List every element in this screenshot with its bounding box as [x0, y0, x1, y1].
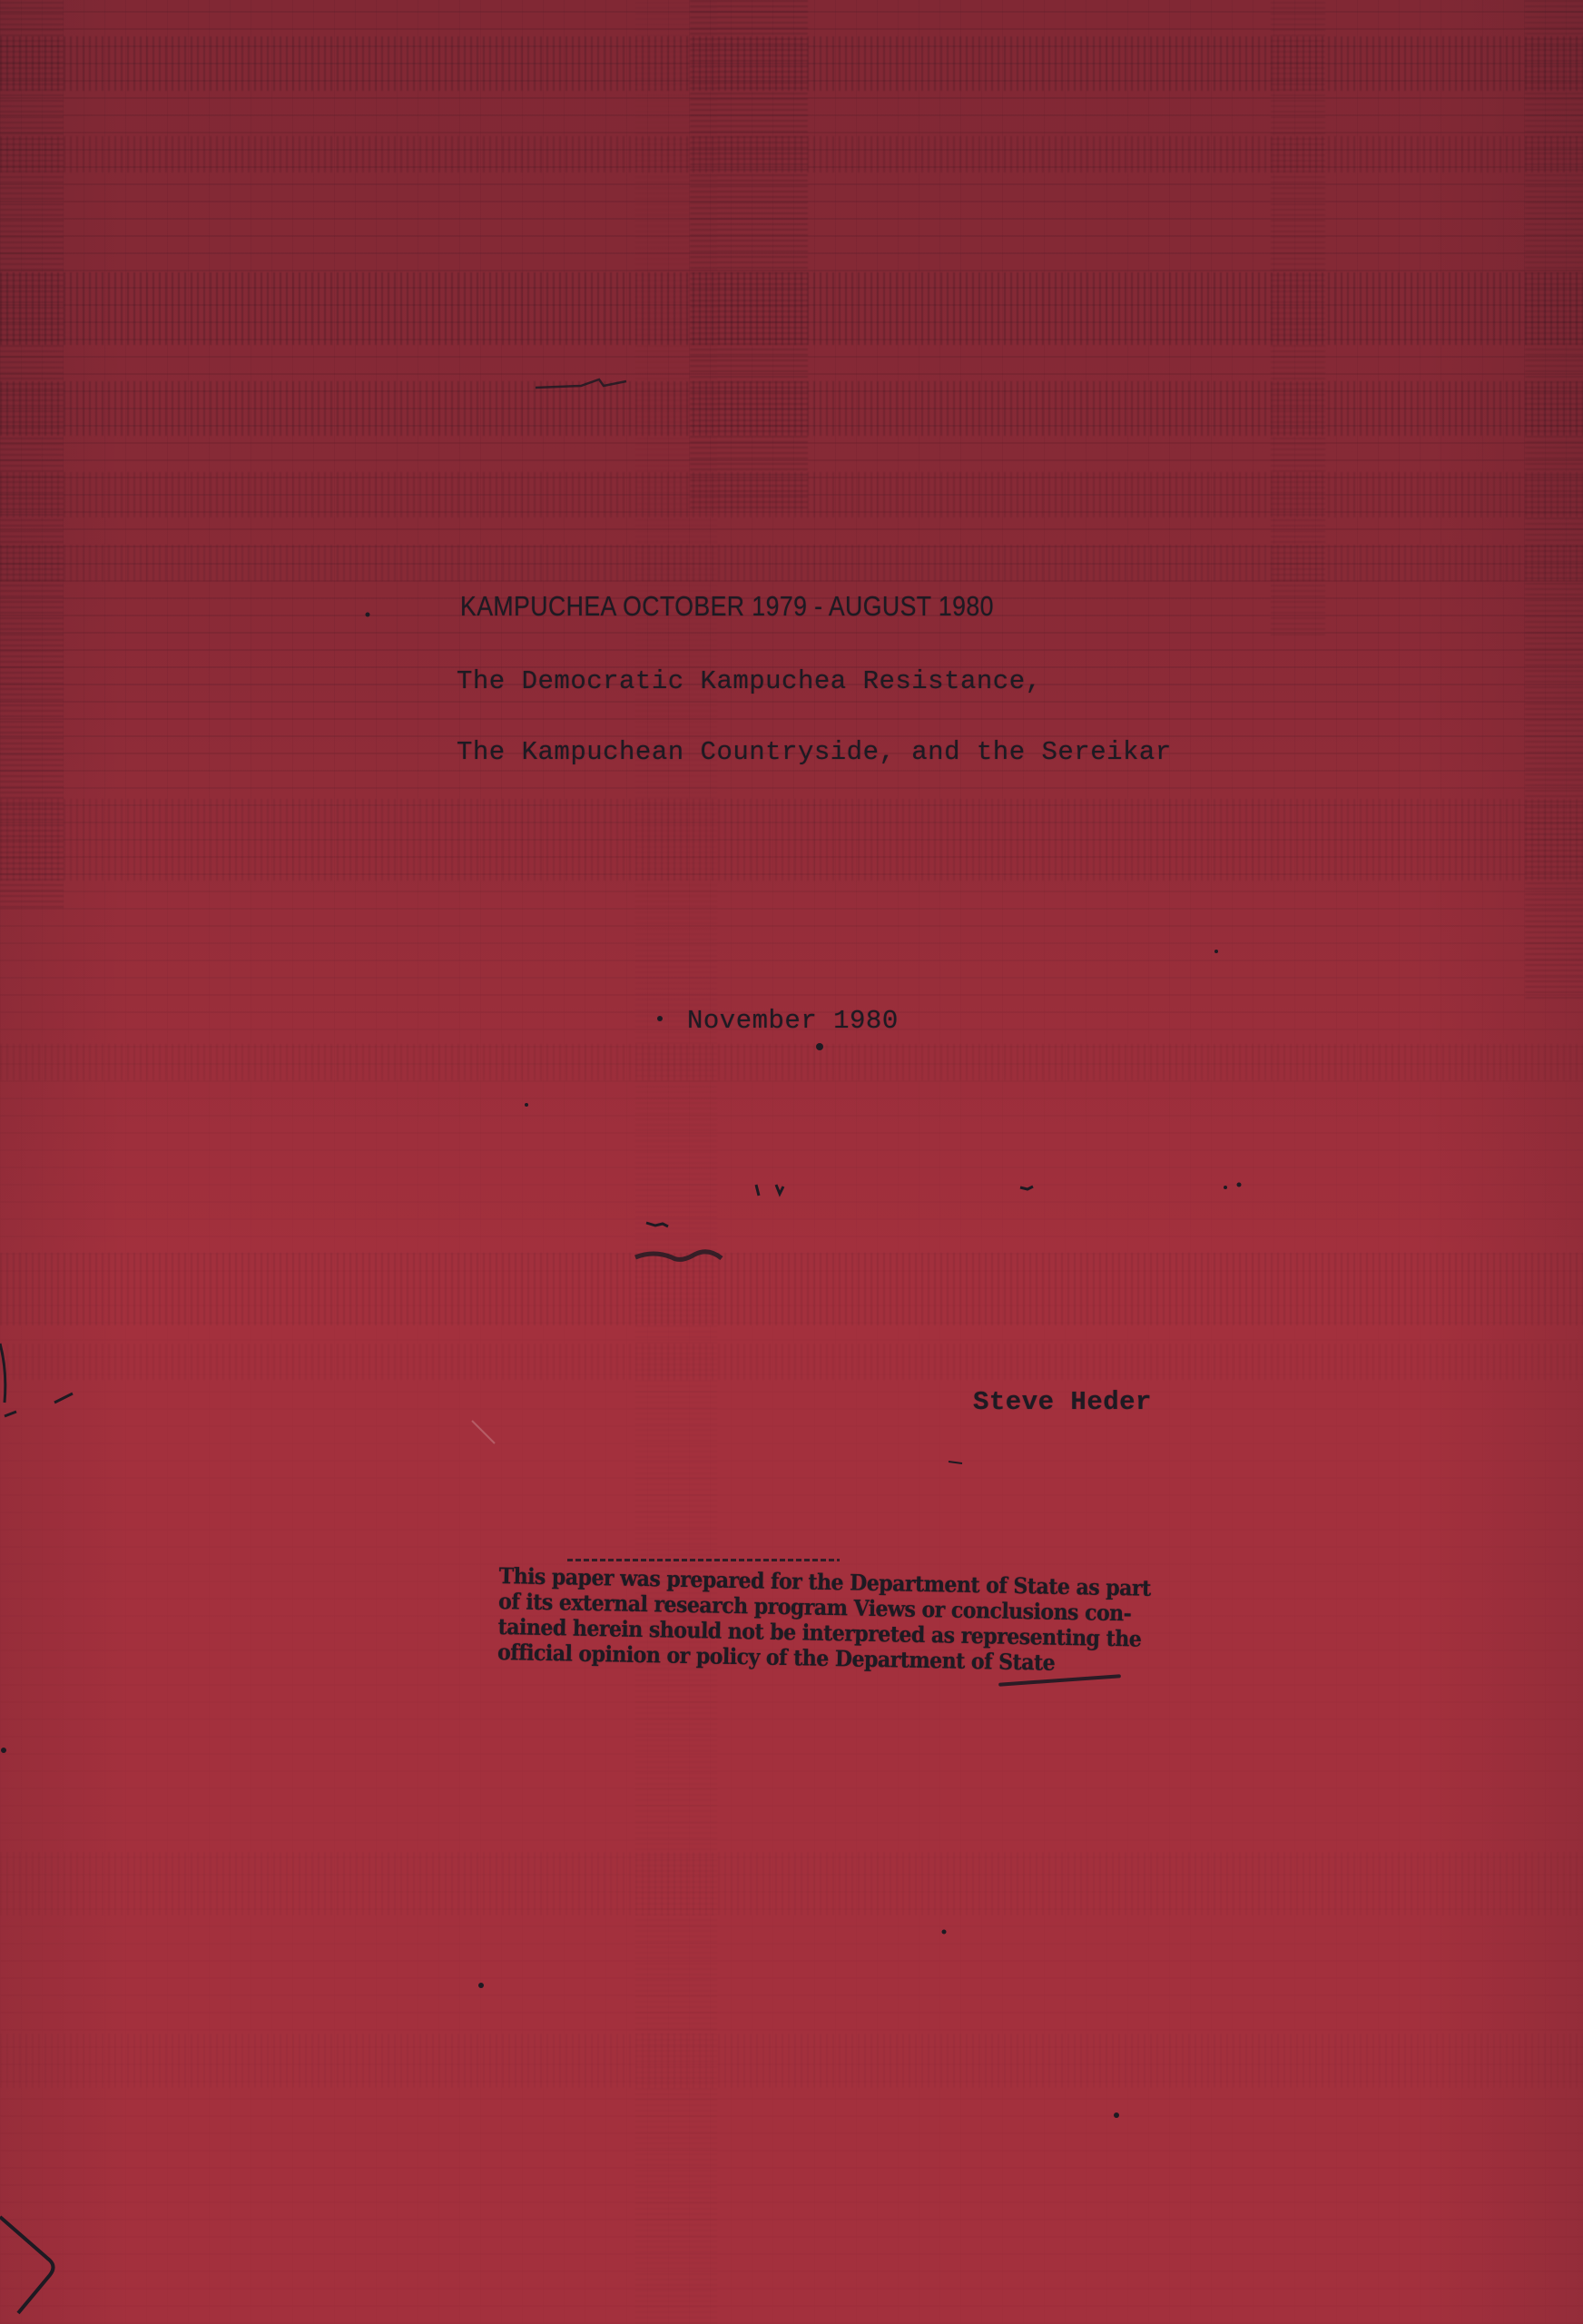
document-author: Steve Heder [973, 1387, 1152, 1417]
state-department-disclaimer-stamp: This paper was prepared for the Departme… [497, 1563, 1084, 1676]
document-date: November 1980 [687, 1006, 899, 1036]
document-title: KAMPUCHEA OCTOBER 1979 - AUGUST 1980 [460, 590, 994, 623]
stamp-top-rule [567, 1559, 840, 1561]
document-subtitle-line-2: The Kampuchean Countryside, and the Sere… [457, 737, 1172, 767]
document-cover-page [0, 0, 1583, 2324]
document-subtitle-line-1: The Democratic Kampuchea Resistance, [457, 666, 1042, 696]
